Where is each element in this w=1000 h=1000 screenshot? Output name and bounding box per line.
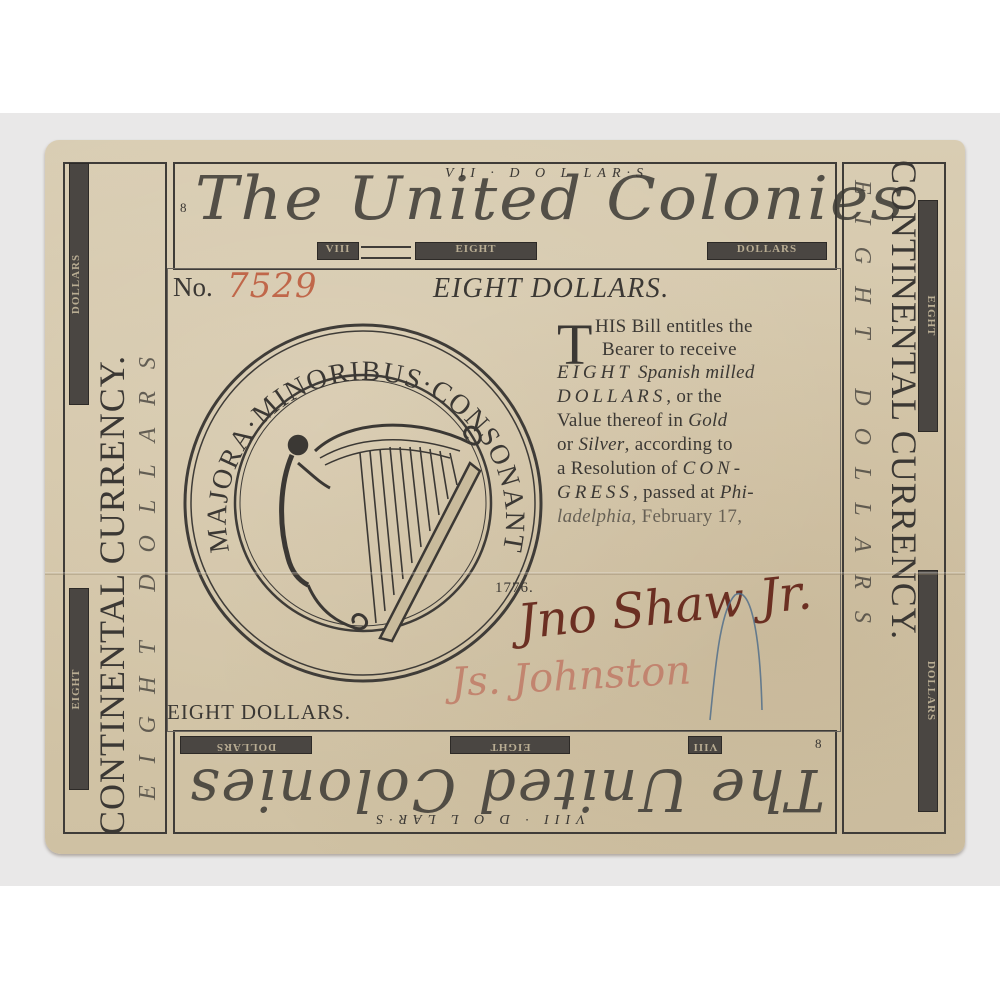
bill-text-line: ladelphia, February 17, xyxy=(557,506,742,528)
banknote: 8 The United Colonies VII · D O L LAR·S … xyxy=(45,140,965,854)
left-block-eight: EIGHT xyxy=(69,588,89,790)
denomination-heading: EIGHT DOLLARS. xyxy=(433,273,670,305)
top-block-viii: VIII xyxy=(317,242,359,260)
right-ornament-letters: EIGHT DOLLARS xyxy=(848,180,875,645)
bottom-corner-numeral: 8 xyxy=(815,736,822,752)
harp-icon xyxy=(282,425,481,641)
top-block-dollars: DOLLARS xyxy=(707,242,827,260)
bill-text-line: or Silver, according to xyxy=(557,434,733,456)
seal: MAJORA·MINORIBUS·CONSONANT xyxy=(180,323,550,693)
left-vertical-title: CONTINENTAL CURRENCY. xyxy=(91,355,133,835)
bill-text-line: Value thereof in Gold xyxy=(557,410,727,432)
bill-text-line: GRESS, passed at Phi- xyxy=(557,482,754,504)
top-small-overprint: VII · D O L LAR·S xyxy=(445,166,649,182)
bottom-block-eight: EIGHT xyxy=(450,736,570,754)
serial-prefix: No. xyxy=(173,272,213,303)
bottom-small-overprint: VIII · D O L LAR·S xyxy=(370,810,585,826)
bill-text-line: DOLLARS, or the xyxy=(557,386,722,408)
bill-text-line: a Resolution of CON- xyxy=(557,458,744,480)
top-corner-numeral: 8 xyxy=(180,200,187,216)
bill-text-line: HIS Bill entitles the xyxy=(595,316,753,338)
fold-crease xyxy=(45,572,965,575)
blue-pencil-mark xyxy=(700,590,780,730)
left-block-dollars: DOLLARS xyxy=(69,163,89,405)
right-vertical-title: CONTINENTAL CURRENCY. xyxy=(883,160,925,640)
footer-denomination: EIGHT DOLLARS. xyxy=(167,700,351,725)
serial-number: 7529 xyxy=(227,266,318,306)
bill-text-line: EIGHT Spanish milled xyxy=(557,362,755,384)
bottom-block-dollars: DOLLARS xyxy=(180,736,312,754)
bottom-block-viii: VIII xyxy=(688,736,722,754)
bill-text-line: Bearer to receive xyxy=(602,339,737,361)
top-rule-lines xyxy=(361,246,411,259)
left-ornament-letters: EIGHT DOLLARS xyxy=(135,335,162,800)
top-block-eight: EIGHT xyxy=(415,242,537,260)
